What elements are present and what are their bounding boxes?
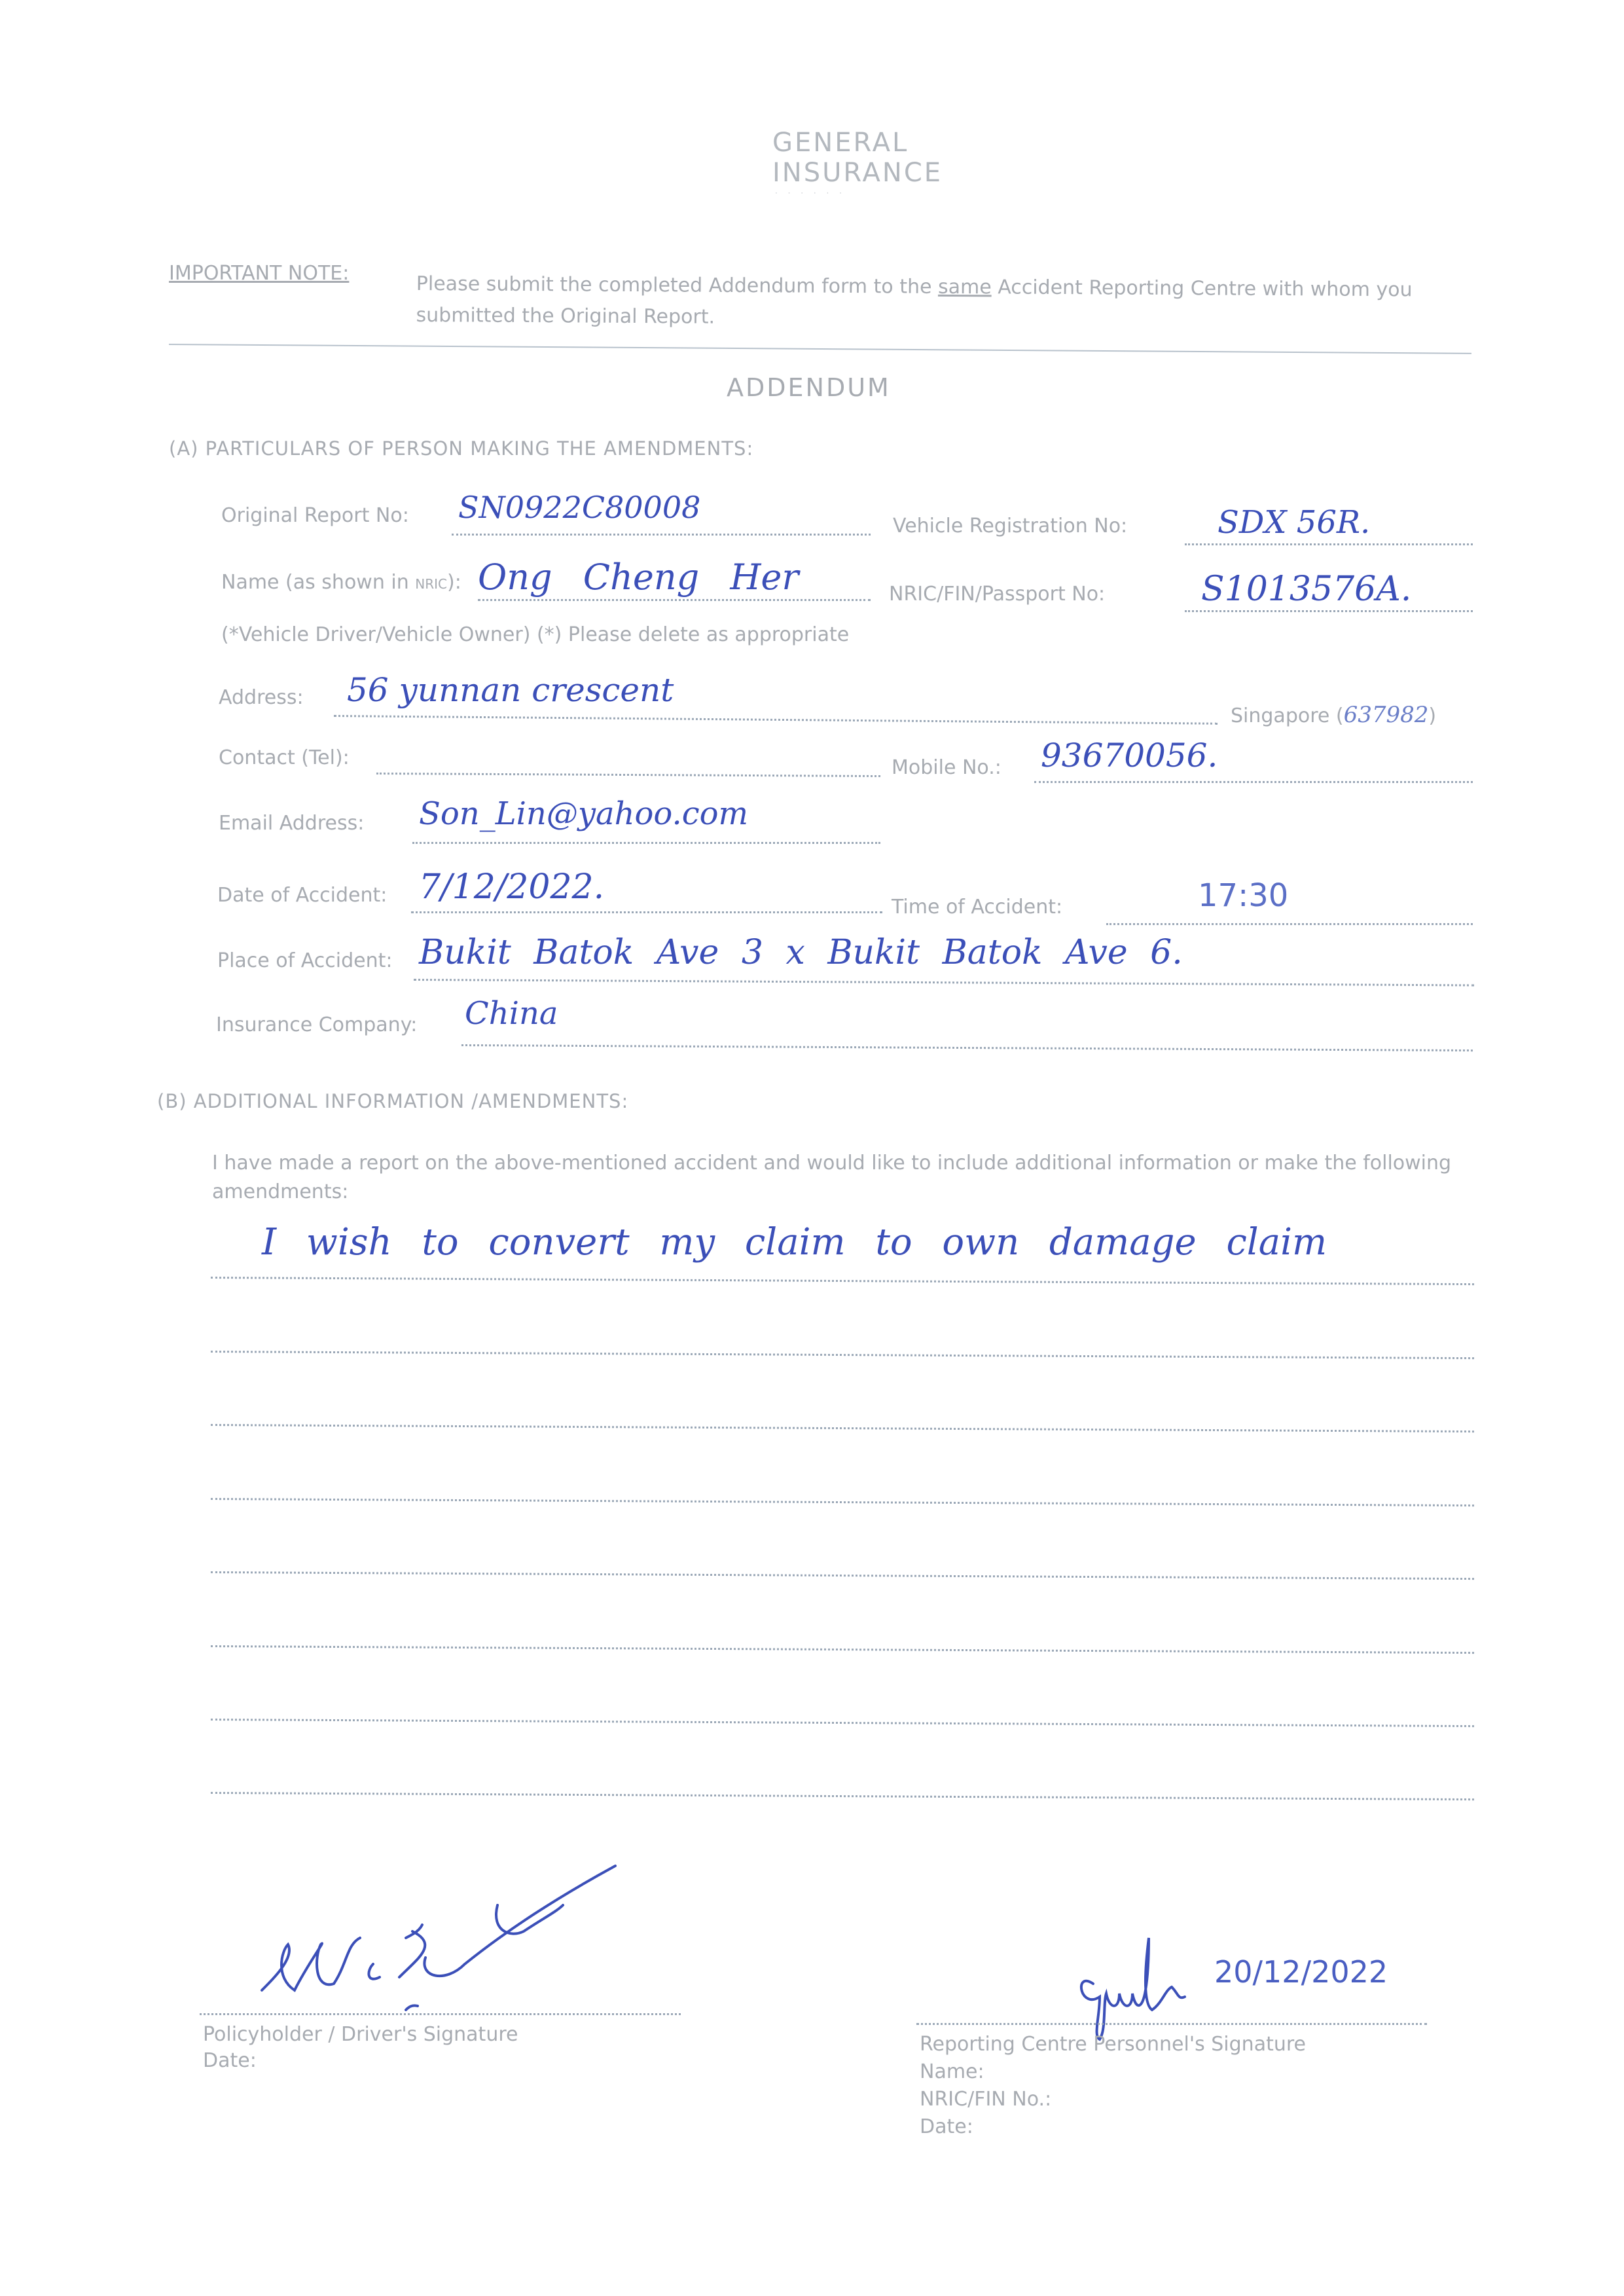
note-emphasis: same	[938, 276, 992, 299]
section-b-intro: I have made a report on the above-mentio…	[212, 1149, 1475, 1207]
accident-date-line	[411, 911, 882, 913]
address-value[interactable]: 56 yunnan crescent	[347, 671, 674, 709]
name-value[interactable]: Ong Cheng Her	[478, 556, 799, 598]
insurance-company-label: Insurance Company:	[216, 1013, 417, 1036]
amendment-line-5	[211, 1571, 1474, 1580]
mobile-line	[1034, 781, 1473, 783]
address-label: Address:	[219, 686, 304, 709]
reporting-centre-date-label: Date:	[920, 2115, 973, 2138]
important-note-label: IMPORTANT NOTE:	[169, 262, 349, 285]
reporting-centre-nric-label: NRIC/FIN No.:	[920, 2088, 1051, 2111]
address-line	[334, 715, 1218, 725]
email-label: Email Address:	[219, 812, 364, 835]
name-label-end: ):	[447, 571, 461, 594]
mobile-label: Mobile No.:	[892, 756, 1001, 779]
mobile-value[interactable]: 93670056.	[1041, 737, 1218, 774]
email-line	[412, 842, 880, 844]
name-label-nric: NRIC	[415, 576, 447, 592]
accident-place-line	[414, 979, 1474, 986]
accident-time-value[interactable]: 17:30	[1198, 877, 1288, 914]
reporting-centre-name-label: Name:	[920, 2060, 984, 2083]
role-note: (*Vehicle Driver/Vehicle Owner) (*) Plea…	[221, 623, 849, 646]
reporting-centre-signature-label: Reporting Centre Personnel's Signature	[920, 2033, 1306, 2056]
note-text-part: Please submit the completed Addendum for…	[416, 272, 938, 299]
reporting-centre-date-written[interactable]: 20/12/2022	[1214, 1954, 1388, 1990]
insurance-company-line	[461, 1044, 1473, 1051]
address-suffix: Singapore (637982)	[1231, 702, 1436, 728]
name-line	[478, 599, 871, 601]
insurer-logo: GENERAL INSURANCE	[772, 128, 943, 188]
accident-place-label: Place of Accident:	[217, 949, 392, 972]
policyholder-date-label: Date:	[203, 2049, 257, 2072]
policyholder-signature-line	[200, 2013, 681, 2015]
policyholder-signature-scribble[interactable]	[249, 1859, 681, 2016]
original-report-label: Original Report No:	[221, 504, 409, 527]
contact-tel-label: Contact (Tel):	[219, 746, 350, 769]
section-a-heading: (A) PARTICULARS OF PERSON MAKING THE AME…	[169, 437, 753, 460]
accident-time-label: Time of Accident:	[892, 896, 1062, 919]
section-b-heading: (B) ADDITIONAL INFORMATION /AMENDMENTS:	[157, 1090, 628, 1112]
divider	[169, 344, 1471, 354]
address-postal-code[interactable]: 637982	[1344, 702, 1429, 728]
amendment-line-6	[211, 1645, 1474, 1654]
contact-tel-line	[376, 773, 880, 777]
address-suffix-end: )	[1428, 704, 1436, 727]
logo-line-1: GENERAL	[772, 128, 943, 158]
address-country: Singapore (	[1231, 704, 1344, 727]
original-report-value[interactable]: SN0922C80008	[458, 490, 700, 525]
logo-line-2: INSURANCE	[772, 158, 943, 188]
name-label: Name (as shown in NRIC):	[221, 571, 461, 594]
amendment-line-7	[211, 1719, 1474, 1727]
accident-date-label: Date of Accident:	[217, 884, 387, 907]
insurance-company-value[interactable]: China	[465, 995, 558, 1032]
amendment-line-3	[211, 1424, 1474, 1432]
logo-subline: · · · · · ·	[775, 189, 846, 198]
amendment-line-4	[211, 1498, 1474, 1506]
nric-line	[1185, 610, 1473, 612]
email-value[interactable]: Son_Lin@yahoo.com	[419, 795, 748, 832]
accident-place-value[interactable]: Bukit Batok Ave 3 x Bukit Batok Ave 6.	[419, 933, 1183, 972]
vehicle-reg-line	[1185, 543, 1473, 545]
form-title: ADDENDUM	[727, 373, 891, 402]
policyholder-signature-label: Policyholder / Driver's Signature	[203, 2023, 518, 2046]
amendment-line-8	[211, 1792, 1474, 1800]
accident-time-line	[1106, 923, 1473, 925]
important-note-text: Please submit the completed Addendum for…	[416, 268, 1477, 338]
nric-label: NRIC/FIN/Passport No:	[889, 583, 1105, 606]
original-report-line	[452, 534, 871, 536]
reporting-centre-signature-line	[916, 2023, 1427, 2025]
vehicle-reg-label: Vehicle Registration No:	[893, 515, 1127, 538]
accident-date-value[interactable]: 7/12/2022.	[419, 867, 604, 907]
nric-value[interactable]: S1013576A.	[1201, 570, 1411, 609]
amendment-line-2	[211, 1351, 1474, 1359]
amendment-line-1	[211, 1277, 1474, 1285]
vehicle-reg-value[interactable]: SDX 56R.	[1218, 504, 1370, 541]
name-label-text: Name (as shown in	[221, 571, 415, 594]
amendment-line-1-text[interactable]: I wish to convert my claim to own damage…	[262, 1221, 1327, 1264]
